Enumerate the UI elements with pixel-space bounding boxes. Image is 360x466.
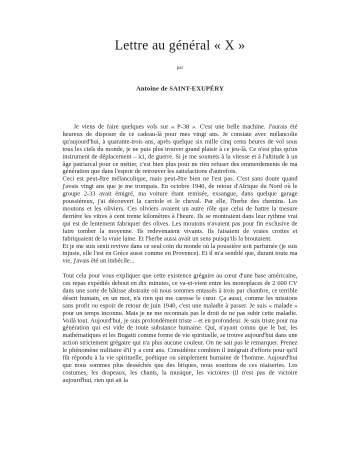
- page-scale-wrapper: Lettre au général « X » par Antoine de S…: [0, 0, 360, 466]
- paragraph-1: Je viens de faire quelques vols sur « P-…: [63, 123, 298, 175]
- paragraph-3: Et je me suis senti revivre dans ce seul…: [63, 242, 298, 264]
- byline: par: [0, 65, 360, 71]
- page-title: Lettre au général « X »: [0, 38, 360, 52]
- paragraph-4: Tout cela pour vous expliquer que cette …: [63, 272, 298, 384]
- letter-body: Je viens de faire quelques vols sur « P-…: [63, 123, 298, 384]
- letter-document-page: Lettre au général « X » par Antoine de S…: [0, 0, 360, 466]
- paragraph-2: Ceci est peut-être mélancolique, mais pe…: [63, 175, 298, 242]
- author-name: Antoine de SAINT-EXUPÉRY: [0, 85, 360, 92]
